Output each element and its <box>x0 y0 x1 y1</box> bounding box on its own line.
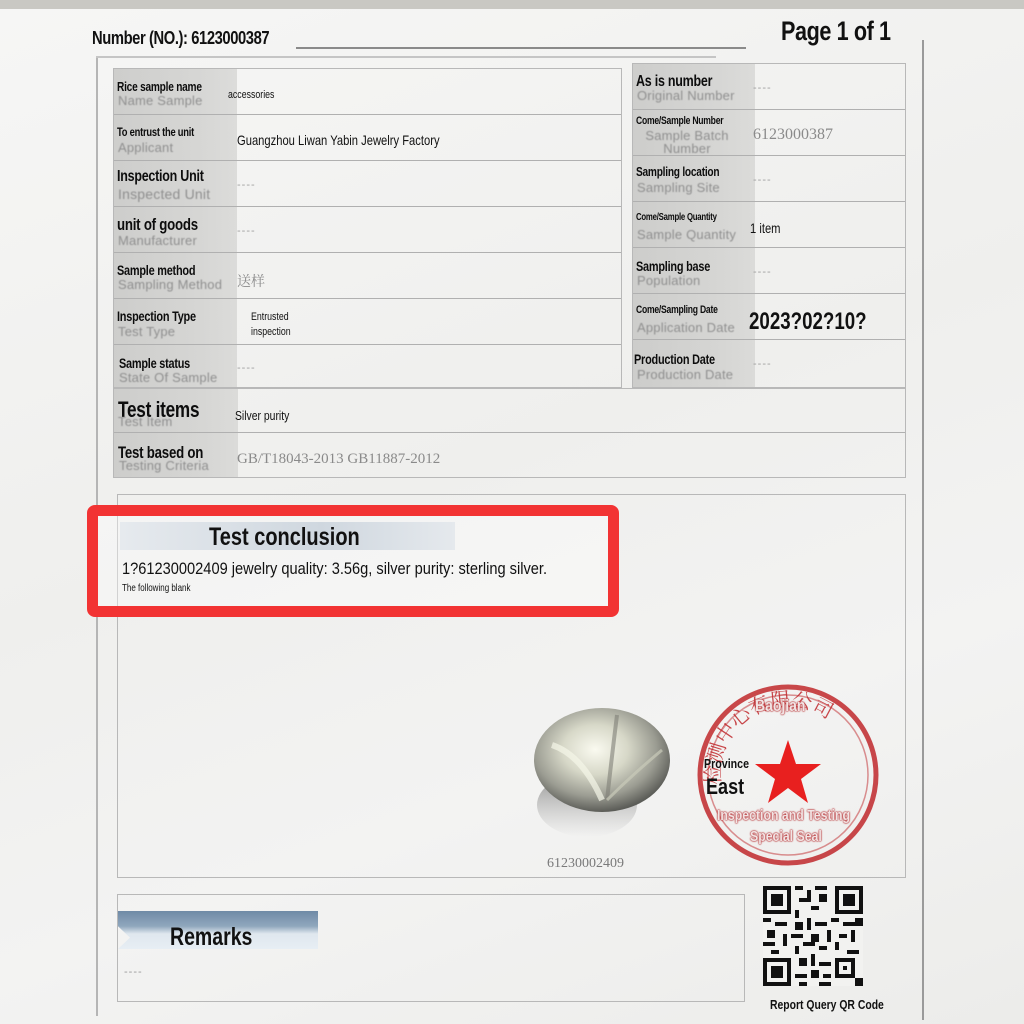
field-label-ghost: Sample Batch Number <box>637 129 737 155</box>
field-value: Entrusted inspection <box>251 310 296 340</box>
remarks-title: Remarks <box>170 923 252 952</box>
field-row-original-number: As is number Original Number ---- <box>633 64 905 110</box>
field-label-ghost: Test Item <box>118 414 173 429</box>
field-value-empty: ---- <box>237 362 256 374</box>
field-row-sampling-site: Sampling location Sampling Site ---- <box>633 156 905 202</box>
field-label: unit of goods <box>117 215 198 235</box>
field-label-ghost: Test Type <box>118 324 175 339</box>
field-label-ghost: Applicant <box>118 140 173 155</box>
field-row-sample-name: Rice sample name Name Sample accessories <box>114 69 621 115</box>
field-row-production-date: Production Date Production Date ---- <box>633 340 905 389</box>
number-underline <box>296 47 746 49</box>
field-value: 1 item <box>750 220 781 236</box>
field-row-inspected-unit: Inspection Unit Inspected Unit ---- <box>114 161 621 207</box>
field-label-ghost: State Of Sample <box>119 370 217 385</box>
frame-border-right <box>922 40 924 1020</box>
field-label: Sample status <box>119 355 190 371</box>
field-label: To entrust the unit <box>117 125 194 139</box>
field-label-ghost: Sampling Method <box>118 277 222 292</box>
field-label: Sampling location <box>636 164 719 179</box>
following-blank-note: The following blank <box>122 583 190 594</box>
field-label: Come/Sample Quantity <box>636 212 717 223</box>
sample-photo-caption: 61230002409 <box>547 856 624 872</box>
field-row-test-criteria: Test based on Testing Criteria GB/T18043… <box>114 433 905 479</box>
frame-border-top <box>96 56 716 58</box>
field-label-ghost: Sampling Site <box>637 180 720 195</box>
field-value: GB/T18043-2013 GB11887-2012 <box>237 451 440 468</box>
field-row-test-item: Test items Test Item Silver purity <box>114 389 905 433</box>
field-label-ghost: Inspected Unit <box>118 186 210 202</box>
field-label: Come/Sampling Date <box>636 304 718 316</box>
field-label-ghost: Sample Quantity <box>637 227 736 242</box>
field-row-application-date: Come/Sampling Date Application Date 2023… <box>633 294 905 340</box>
field-row-applicant: To entrust the unit Applicant Guangzhou … <box>114 115 621 161</box>
page-indicator: Page 1 of 1 <box>781 16 891 47</box>
field-value: 送样 <box>237 271 265 291</box>
field-row-sample-quantity: Come/Sample Quantity Sample Quantity 1 i… <box>633 202 905 248</box>
field-value-empty: ---- <box>753 82 772 94</box>
field-value: Guangzhou Liwan Yabin Jewelry Factory <box>237 132 440 148</box>
field-value-empty: ---- <box>753 358 772 370</box>
qr-caption: Report Query QR Code <box>770 997 884 1012</box>
qr-code[interactable] <box>763 884 863 988</box>
field-label-ghost: Application Date <box>637 320 735 335</box>
field-label: Inspection Unit <box>117 168 204 186</box>
field-row-population: Sampling base Population ---- <box>633 248 905 294</box>
seal-text-east: East <box>706 774 744 800</box>
field-value: 6123000387 <box>753 126 833 144</box>
field-row-manufacturer: unit of goods Manufacturer ---- <box>114 207 621 253</box>
field-value-empty: ---- <box>753 174 772 186</box>
seal-text-province: Province <box>704 756 749 771</box>
field-value-empty: ---- <box>237 225 256 237</box>
remarks-value: ---- <box>124 966 143 978</box>
field-value-empty: ---- <box>753 266 772 278</box>
info-table-right: As is number Original Number ---- Come/S… <box>632 63 906 388</box>
seal-text-line2: Special Seal <box>750 828 822 845</box>
seal-text-line1: Inspection and Testing <box>717 807 850 824</box>
field-row-sample-batch: Come/Sample Number Sample Batch Number 6… <box>633 110 905 156</box>
info-table-left: Rice sample name Name Sample accessories… <box>113 68 622 388</box>
field-label: Rice sample name <box>117 79 202 94</box>
conclusion-title: Test conclusion <box>209 523 360 552</box>
field-value: Silver purity <box>235 408 289 423</box>
field-label-ghost: Manufacturer <box>118 233 197 248</box>
field-label-ghost: Population <box>637 273 700 288</box>
field-row-sampling-method: Sample method Sampling Method 送样 <box>114 253 621 299</box>
sample-photo <box>532 705 672 845</box>
field-label: Come/Sample Number <box>636 115 723 127</box>
field-row-sample-state: Sample status State Of Sample ---- <box>114 345 621 389</box>
field-label: Production Date <box>634 351 715 367</box>
field-value-empty: ---- <box>237 179 256 191</box>
field-label: Inspection Type <box>117 308 196 324</box>
field-label-ghost: Original Number <box>637 88 735 103</box>
photo-edge <box>0 0 1024 9</box>
star-icon <box>755 740 821 803</box>
field-label: Sample method <box>117 262 195 278</box>
field-label-ghost: Testing Criteria <box>119 458 209 473</box>
field-value: accessories <box>228 89 274 101</box>
document-number: Number (NO.): 6123000387 <box>92 28 269 49</box>
seal-text-top: Baojian <box>755 696 805 716</box>
conclusion-text: 1?61230002409 jewelry quality: 3.56g, si… <box>122 559 547 579</box>
field-label-ghost: Name Sample <box>118 93 203 108</box>
field-label-ghost: Production Date <box>637 367 733 382</box>
field-value: 2023?02?10? <box>749 308 867 336</box>
field-label: Sampling base <box>636 258 710 274</box>
field-row-test-type: Inspection Type Test Type Entrusted insp… <box>114 299 621 345</box>
info-table-test: Test items Test Item Silver purity Test … <box>113 388 906 478</box>
